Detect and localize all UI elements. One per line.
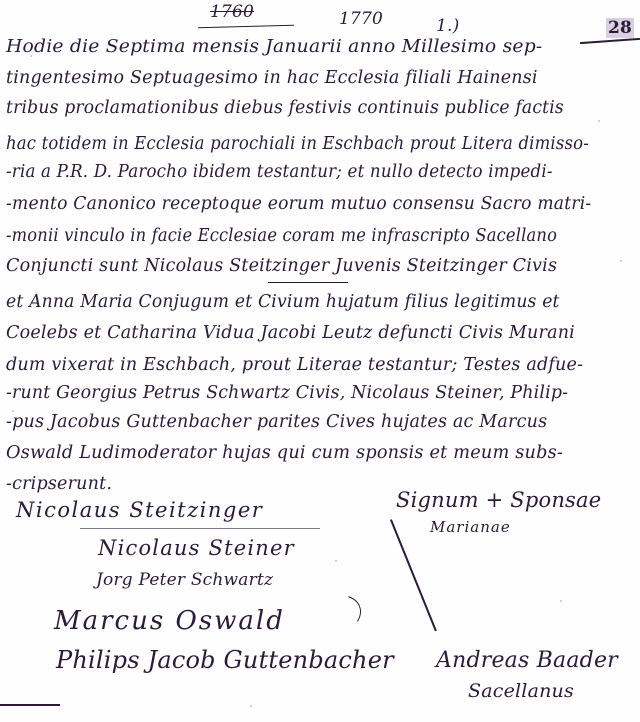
record-line-7: -monii vinculo in facie Ecclesiae coram … — [6, 226, 557, 246]
record-line-1: Hodie die Septima mensis Januarii anno M… — [6, 37, 542, 57]
flourish — [295, 587, 368, 648]
record-line-8: Conjuncti sunt Nicolaus Steitzinger Juve… — [6, 256, 557, 276]
header-underline — [198, 25, 294, 29]
signature-witness-guttenbacher: Philips Jacob Guttenbacher — [56, 646, 394, 674]
record-line-4: hac totidem in Ecclesia parochiali in Es… — [6, 134, 589, 154]
record-line-13: -pus Jacobus Guttenbacher parites Cives … — [6, 412, 547, 432]
record-line-2: tingentesimo Septuagesimo in hac Ecclesi… — [6, 68, 538, 88]
signature-priest: Andreas Baader — [436, 648, 618, 673]
record-line-15: -cripserunt. — [6, 474, 112, 494]
record-line-3: tribus proclamationibus diebus festivis … — [6, 98, 564, 118]
paper-speck — [598, 120, 600, 122]
signature-underline — [80, 528, 320, 529]
record-line-14: Oswald Ludimoderator hujas qui cum spons… — [6, 443, 563, 463]
record-line-6: -mento Canonico receptoque eorum mutuo c… — [6, 194, 591, 214]
record-line-11: dum vixerat in Eschbach, prout Literae t… — [6, 355, 583, 375]
bottom-left-rule — [0, 704, 60, 706]
corner-underline — [580, 38, 640, 44]
paper-speck — [620, 260, 622, 262]
parish-register-page: 1760 1770 1.) 28 Hodie die Septima mensi… — [0, 0, 640, 722]
page-number: 28 — [606, 18, 634, 38]
record-line-10: Coelebs et Catharina Vidua Jacobi Leutz … — [6, 323, 575, 343]
bride-mark-label: Signum + Sponsae — [396, 488, 601, 512]
paper-speck — [335, 560, 337, 562]
signature-witness-steiner: Nicolaus Steiner — [98, 536, 295, 560]
signature-witness-schwartz: Jorg Peter Schwartz — [96, 570, 273, 590]
record-line-5: -ria a P.R. D. Parocho ibidem testantur;… — [6, 162, 553, 182]
signature-witness-oswald: Marcus Oswald — [54, 606, 285, 636]
year-label: 1770 — [339, 9, 383, 29]
record-line-9: et Anna Maria Conjugum et Civium hujatum… — [6, 292, 560, 312]
name-underline — [268, 282, 348, 283]
record-line-12: -runt Georgius Petrus Schwartz Civis, Ni… — [6, 383, 568, 403]
signature-groom: Nicolaus Steitzinger — [16, 498, 263, 522]
paper-speck — [250, 705, 252, 707]
entry-number: 1.) — [436, 16, 459, 36]
mark-stroke — [390, 519, 436, 631]
struck-year-number: 1760 — [210, 2, 254, 22]
bride-name: Marianae — [430, 518, 511, 536]
priest-title: Sacellanus — [468, 680, 574, 702]
paper-speck — [560, 600, 562, 602]
